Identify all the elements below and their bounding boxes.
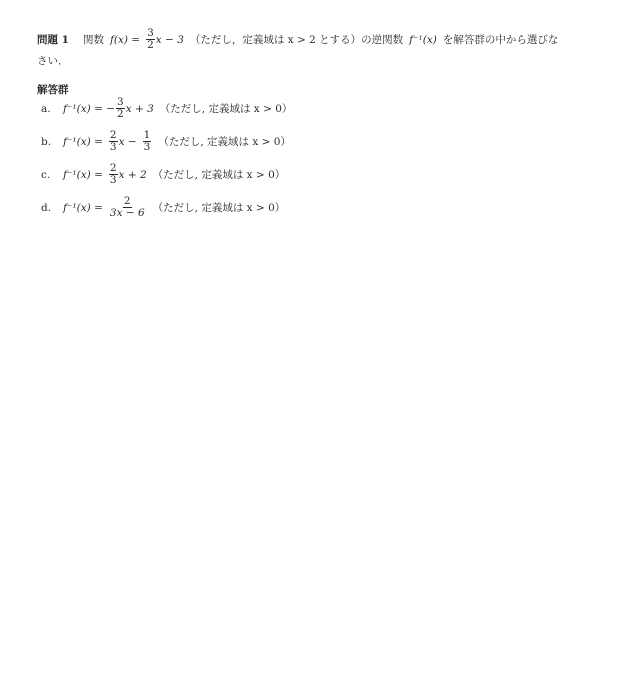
- question: 問題 1 関数 f(x) = 3 2 x − 3 （ただし，定義域は x > 2…: [37, 28, 597, 71]
- function-def: f(x) =: [110, 30, 140, 50]
- domain-condition: （ただし，定義域は x > 2 とする）: [190, 30, 361, 50]
- question-label: 問題 1: [37, 30, 69, 50]
- answers-title: 解答群: [37, 82, 69, 97]
- answer-option-c[interactable]: c. f⁻¹(x) = 23 x + 2 （ただし, 定義域は x > 0）: [41, 163, 285, 186]
- answer-option-d[interactable]: d. f⁻¹(x) = 23x − 6 （ただし, 定義域は x > 0）: [41, 196, 285, 219]
- answer-option-a[interactable]: a. f⁻¹(x) = − 32 x + 3 （ただし, 定義域は x > 0）: [41, 97, 292, 120]
- question-mid: の逆関数: [361, 30, 403, 50]
- inverse-function: f⁻¹(x): [409, 30, 437, 50]
- question-ending: を解答群の中から選びな: [443, 30, 559, 50]
- question-intro: 関数: [83, 30, 104, 50]
- answer-option-b[interactable]: b. f⁻¹(x) = 23 x − 13 （ただし, 定義域は x > 0）: [41, 130, 291, 153]
- question-line2: さい．: [37, 51, 597, 71]
- function-rest: x − 3: [156, 30, 184, 50]
- fraction: 3 2: [146, 28, 155, 51]
